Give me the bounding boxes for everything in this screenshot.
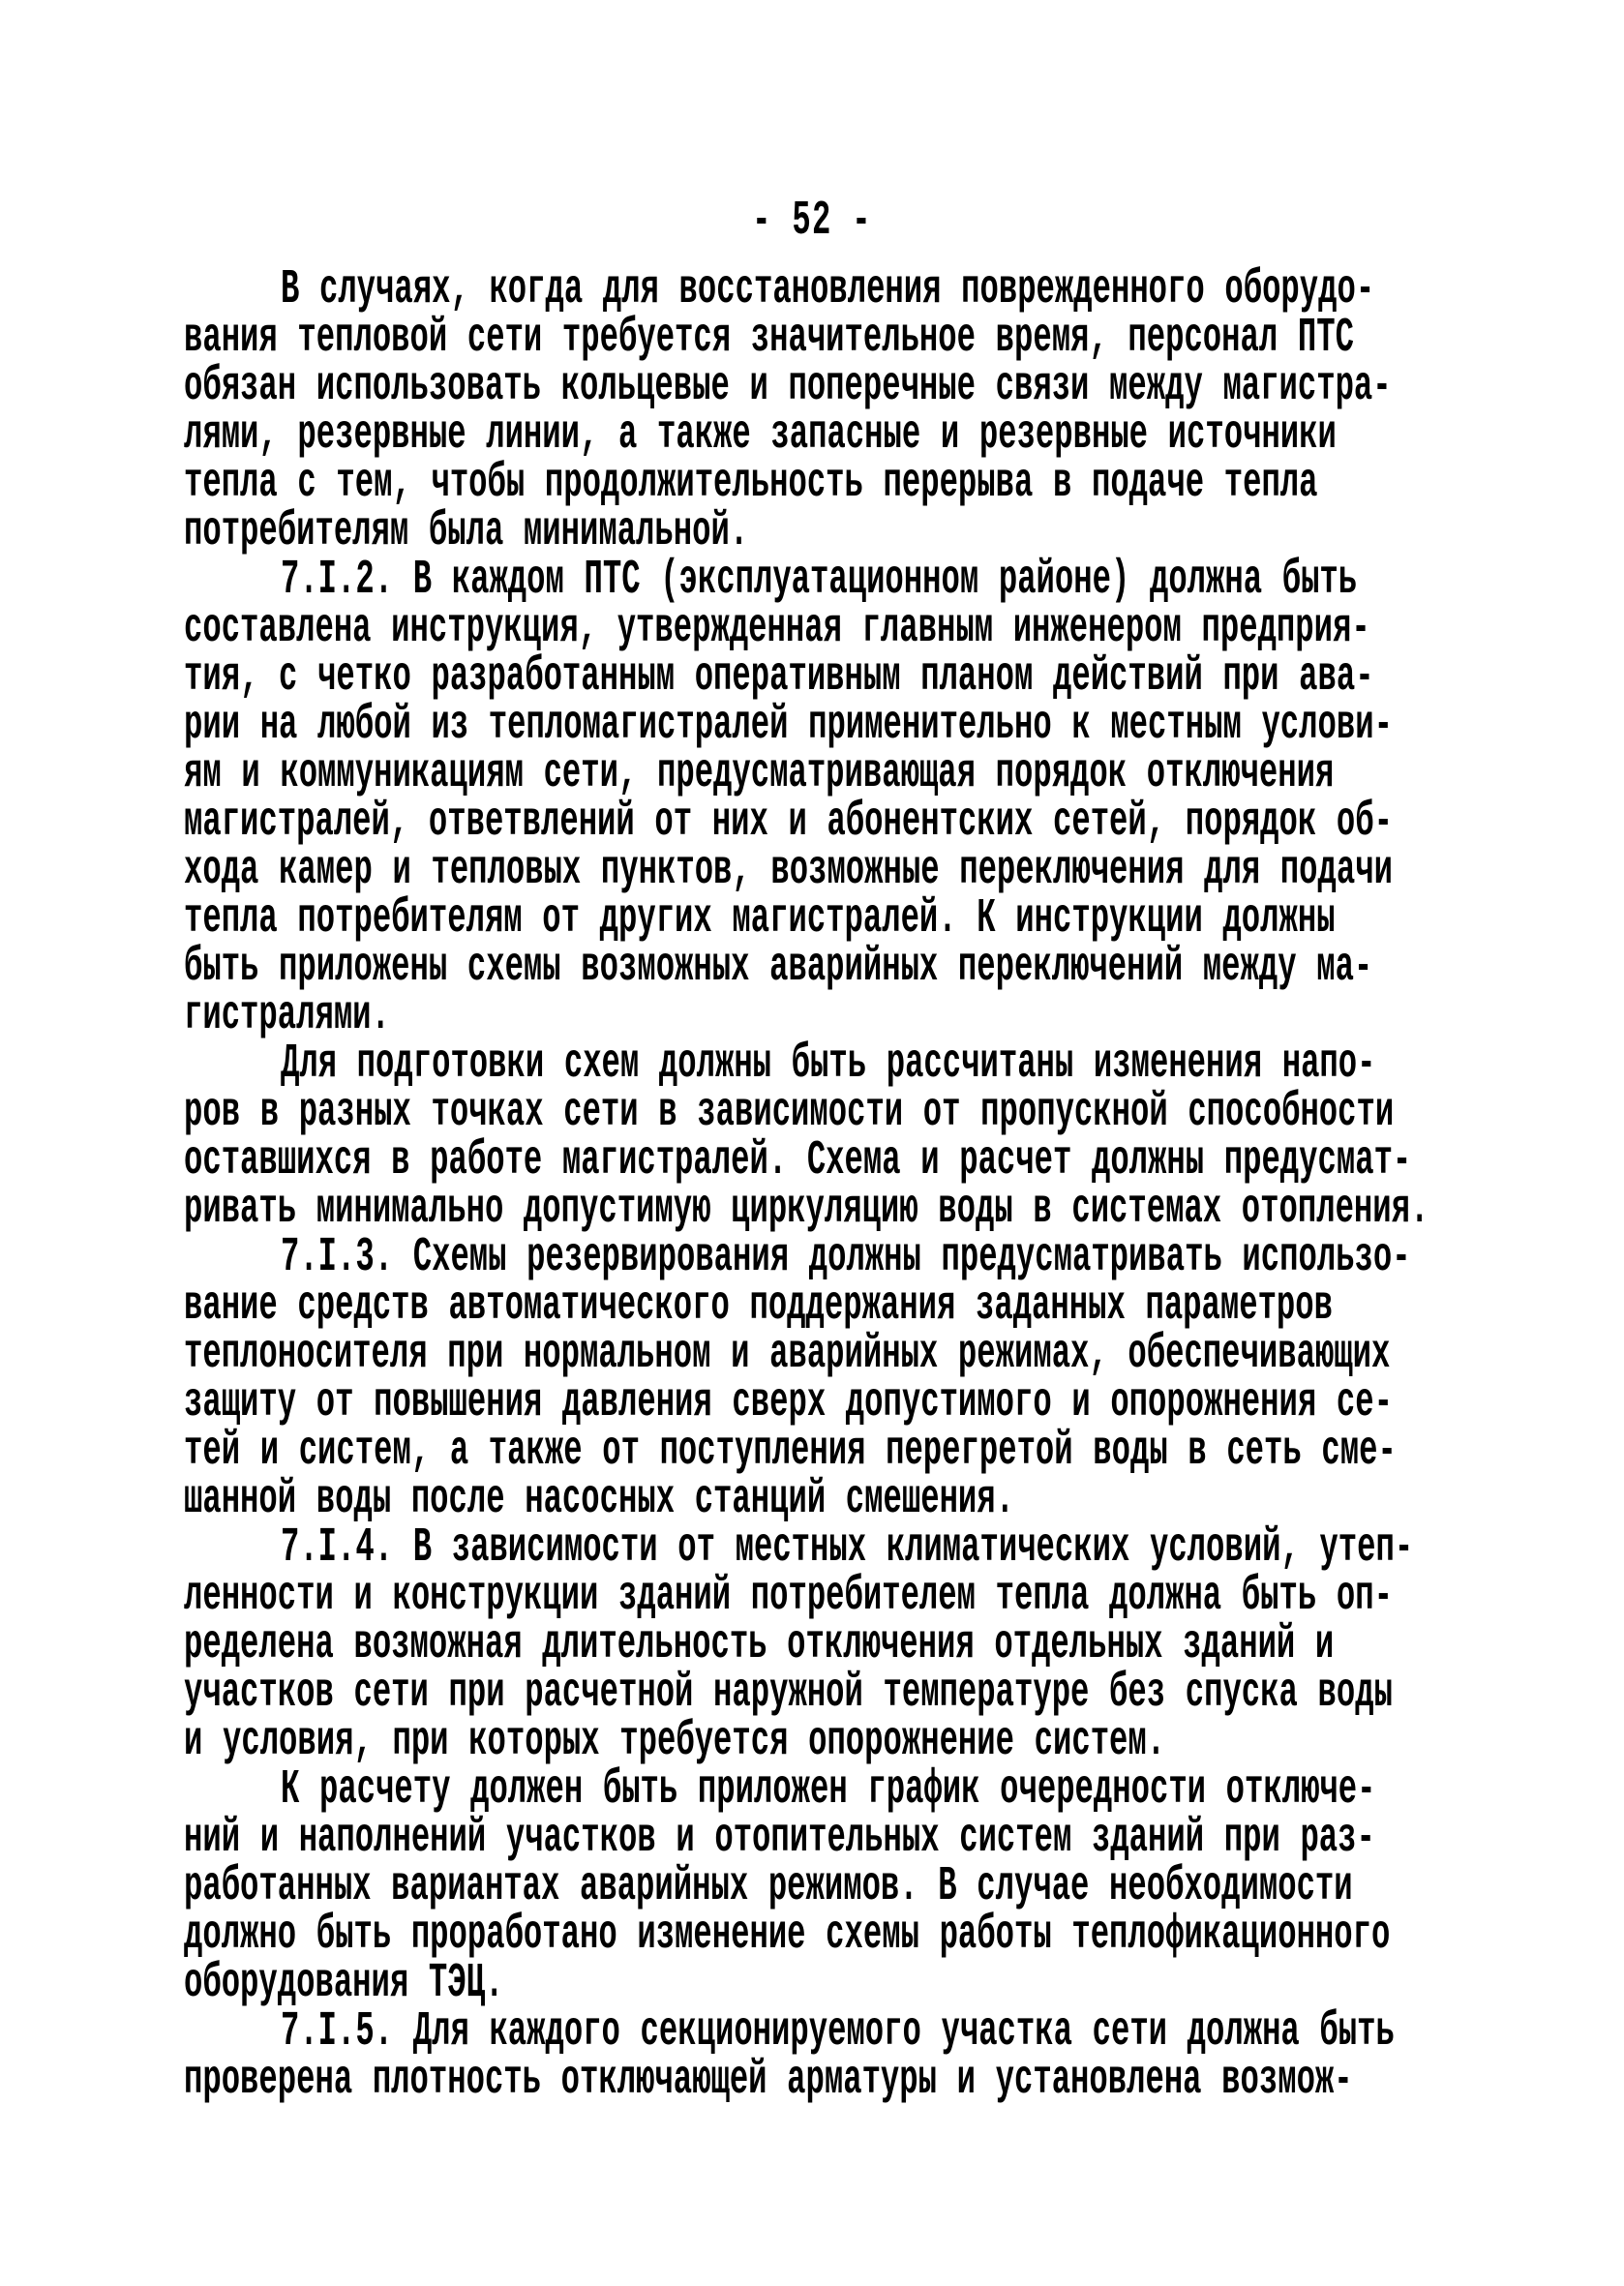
paragraph-7-1-3-reservation-schemes: 7.I.3. Схемы резервирования должны преду… xyxy=(184,1234,1624,1524)
document-text-block: В случаях, когда для восстановления повр… xyxy=(184,266,1624,2105)
paragraph-7-1-4-climatic-conditions: 7.I.4. В зависимости от местных климатич… xyxy=(184,1524,1624,1766)
paragraph-schemes-preparation: Для подготовки схем должны быть рассчита… xyxy=(184,1040,1624,1234)
paragraph-7-1-2-instruction: 7.I.2. В каждом ПТС (эксплуатационном ра… xyxy=(184,556,1624,1040)
scanned-document-page: - 52 - В случаях, когда для восстановлен… xyxy=(0,0,1624,2286)
paragraph-intro-restoration: В случаях, когда для восстановления повр… xyxy=(184,266,1624,556)
paragraph-shutdown-schedule: К расчету должен быть приложен график оч… xyxy=(184,1766,1624,2008)
paragraph-7-1-5-sectioned-area: 7.I.5. Для каждого секционируемого участ… xyxy=(184,2008,1624,2105)
page-number: - 52 - xyxy=(288,194,1336,249)
